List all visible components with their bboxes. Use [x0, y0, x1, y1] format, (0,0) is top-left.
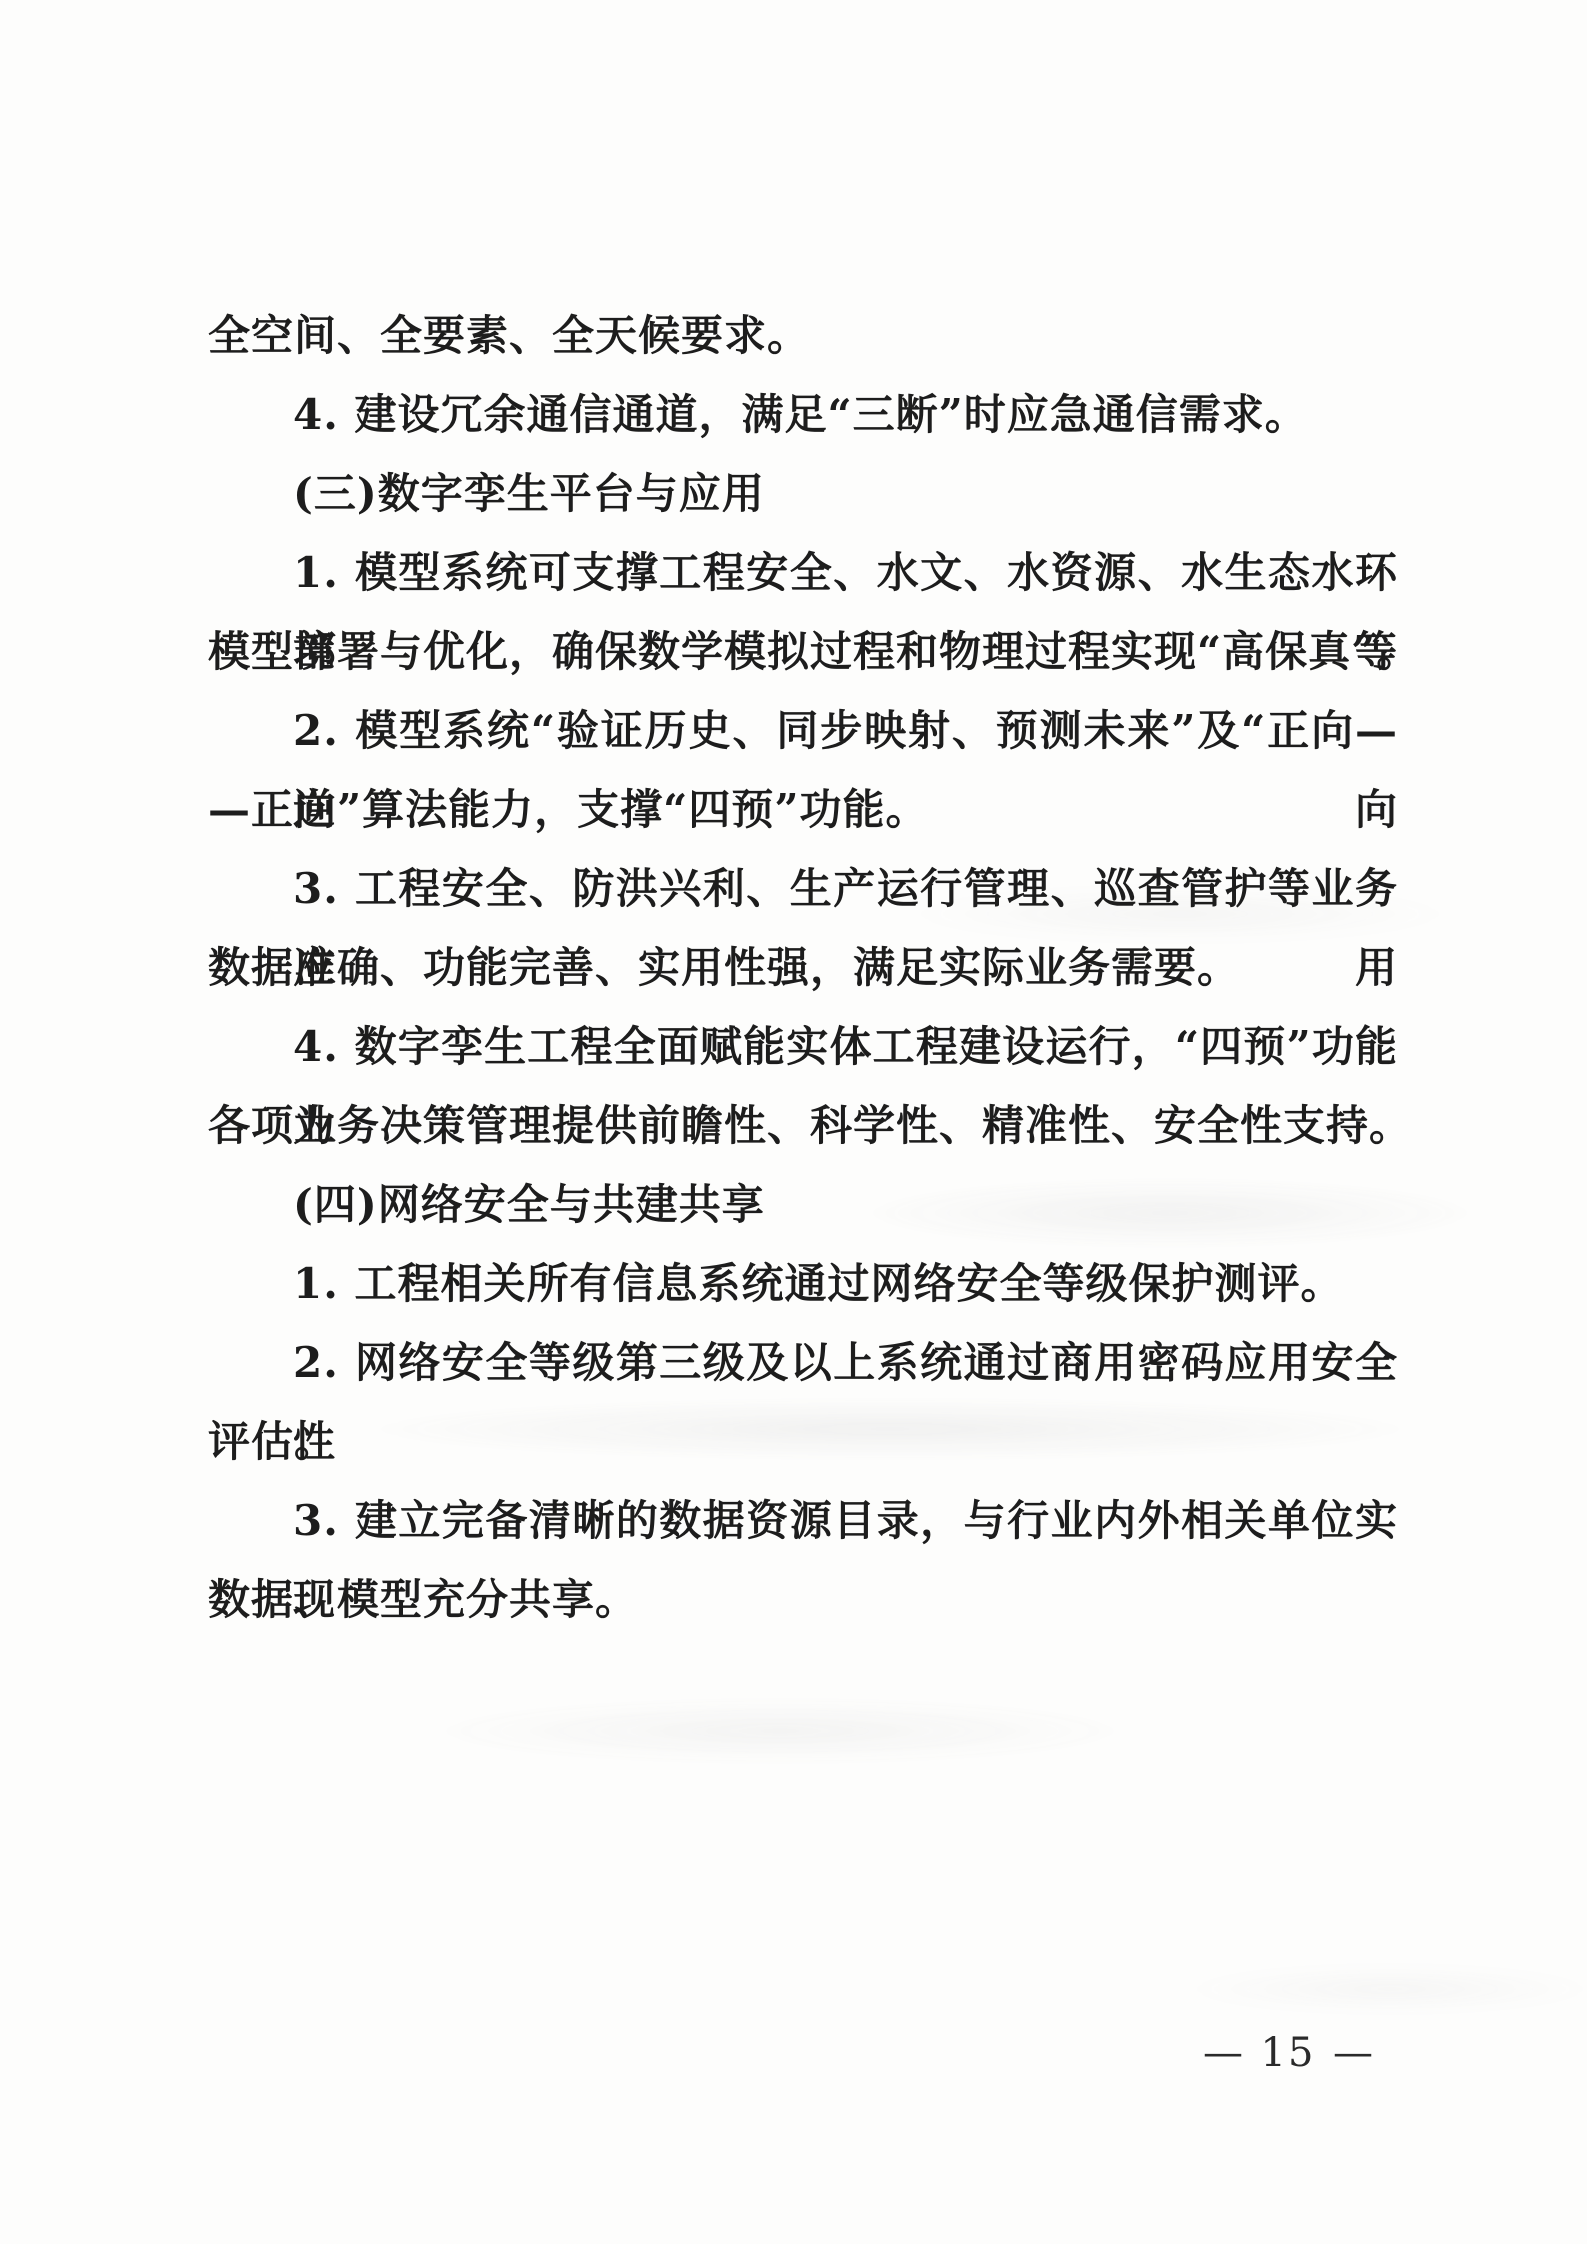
text-line: 4. 数字孪生工程全面赋能实体工程建设运行，“四预”功能为: [208, 1007, 1398, 1086]
page-number: 15: [1261, 2030, 1316, 2076]
text-line: 数据、模型充分共享。: [208, 1560, 1398, 1639]
scan-artifact: [1180, 1964, 1587, 2014]
text-line: 数据准确、功能完善、实用性强，满足实际业务需要。: [208, 928, 1398, 1007]
text-line: 4. 建设冗余通信通道，满足“三断”时应急通信需求。: [208, 375, 1398, 454]
scan-artifact: [420, 1698, 1140, 1764]
document-body: 全空间、全要素、全天候要求。 4. 建设冗余通信通道，满足“三断”时应急通信需求…: [208, 296, 1398, 1639]
text-line: 3. 建立完备清晰的数据资源目录，与行业内外相关单位实现: [208, 1481, 1398, 1560]
section-heading: (三)数字孪生平台与应用: [208, 454, 1398, 533]
footer-dash: —: [1203, 2030, 1243, 2076]
text-line: 2. 网络安全等级第三级及以上系统通过商用密码应用安全性: [208, 1323, 1398, 1402]
section-heading: (四)网络安全与共建共享: [208, 1165, 1398, 1244]
text-line: 全空间、全要素、全天候要求。: [208, 296, 1398, 375]
scanned-document-page: 全空间、全要素、全天候要求。 4. 建设冗余通信通道，满足“三断”时应急通信需求…: [0, 0, 1587, 2244]
text-line: 1. 工程相关所有信息系统通过网络安全等级保护测评。: [208, 1244, 1398, 1323]
text-line: 1. 模型系统可支撑工程安全、水文、水资源、水生态水环境等: [208, 533, 1398, 612]
footer-dash: —: [1333, 2030, 1373, 2076]
page-footer: — 15 —: [1203, 2030, 1373, 2076]
text-line: 模型部署与优化，确保数学模拟过程和物理过程实现“高保真”。: [208, 612, 1398, 691]
text-line: 2. 模型系统“验证历史、同步映射、预测未来”及“正向—逆向: [208, 691, 1398, 770]
text-line: 3. 工程安全、防洪兴利、生产运行管理、巡查管护等业务应用: [208, 849, 1398, 928]
text-line: 各项业务决策管理提供前瞻性、科学性、精准性、安全性支持。: [208, 1086, 1398, 1165]
text-line: 评估。: [208, 1402, 1398, 1481]
